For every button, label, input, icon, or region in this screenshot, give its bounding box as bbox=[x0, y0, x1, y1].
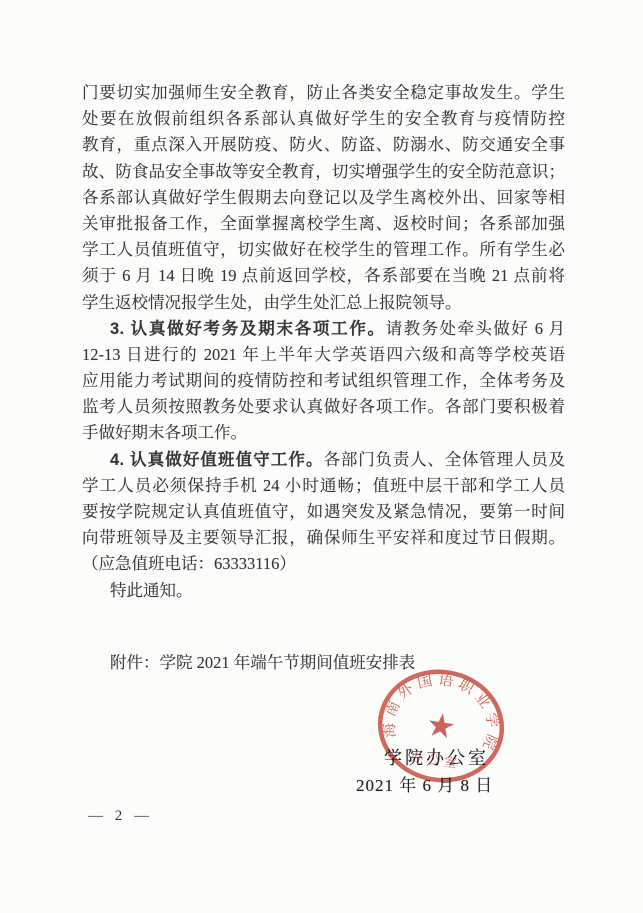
text-line: 各系部认真做好学生假期去向登记以及学生离校外出、回家等相 bbox=[82, 185, 565, 211]
text-line: 须于 6 月 14 日晚 19 点前返回学校，各系部要在当晚 21 点前将 bbox=[82, 263, 565, 289]
notice-body: 门要切实加强师生安全教育，防止各类安全稳定事故发生。学生处要在放假前组织各系部认… bbox=[82, 80, 565, 676]
text-line: 学生返校情况报学生处，由学生处汇总上报院领导。 bbox=[82, 290, 565, 316]
text-line: 3. 认真做好考务及期末各项工作。请教务处牵头做好 6 月 bbox=[82, 316, 565, 342]
text-line: 监考人员须按照教务处要求认真做好各项工作。各部门要积极着 bbox=[82, 394, 565, 420]
text-line: 教育，重点深入开展防疫、防火、防盗、防溺水、防交通安全事 bbox=[82, 132, 565, 158]
text-line: 附件：学院 2021 年端午节期间值班安排表 bbox=[82, 650, 565, 676]
text-line: 向带班领导及主要领导汇报，确保师生平安祥和度过节日假期。 bbox=[82, 525, 565, 551]
document-page: 门要切实加强师生安全教育，防止各类安全稳定事故发生。学生处要在放假前组织各系部认… bbox=[0, 0, 643, 913]
text-line: 处要在放假前组织各系部认真做好学生的安全教育与疫情防控 bbox=[82, 106, 565, 132]
text-line: 特此通知。 bbox=[82, 578, 565, 604]
signature-office: 学院办公室 bbox=[384, 744, 489, 770]
seal-arc-text: 海南外国语职业学院 bbox=[377, 663, 509, 757]
page-number: — 2 — bbox=[88, 808, 153, 825]
seal-ring bbox=[372, 663, 509, 789]
seal-star-icon: ★ bbox=[423, 707, 458, 747]
text-line: 12-13 日进行的 2021 年上半年大学英语四六级和高等学校英语 bbox=[82, 342, 565, 368]
text-line: 应用能力考试期间的疫情防控和考试组织管理工作，全体考务及 bbox=[82, 368, 565, 394]
text-line: 手做好期末各项工作。 bbox=[82, 420, 565, 446]
text-line: 故、防食品安全事故等安全教育，切实增强学生的安全防范意识； bbox=[82, 159, 565, 185]
section-heading: 3. 认真做好考务及期末各项工作。 bbox=[110, 320, 386, 338]
seal-arc-text-holder: 海南外国语职业学院 bbox=[377, 663, 509, 757]
section-heading: 4. 认真做好值班值守工作。 bbox=[110, 451, 324, 469]
text-line: 学工人员必须保持手机 24 小时通畅；值班中层干部和学工人员 bbox=[82, 473, 565, 499]
text-line: 关审批报备工作，全面掌握离校学生离、返校时间；各系部加强 bbox=[82, 211, 565, 237]
text-line: 要按学院规定认真值班值守，如遇突发及紧急情况，要第一时间 bbox=[82, 499, 565, 525]
text-line: （应急值班电话：63333116） bbox=[82, 551, 565, 577]
text-line: 学工人员值班值守，切实做好在校学生的管理工作。所有学生必 bbox=[82, 237, 565, 263]
text-line: 4. 认真做好值班值守工作。各部门负责人、全体管理人员及 bbox=[82, 447, 565, 473]
signature-date: 2021 年 6 月 8 日 bbox=[356, 771, 493, 796]
text-line: 门要切实加强师生安全教育，防止各类安全稳定事故发生。学生 bbox=[82, 80, 565, 106]
